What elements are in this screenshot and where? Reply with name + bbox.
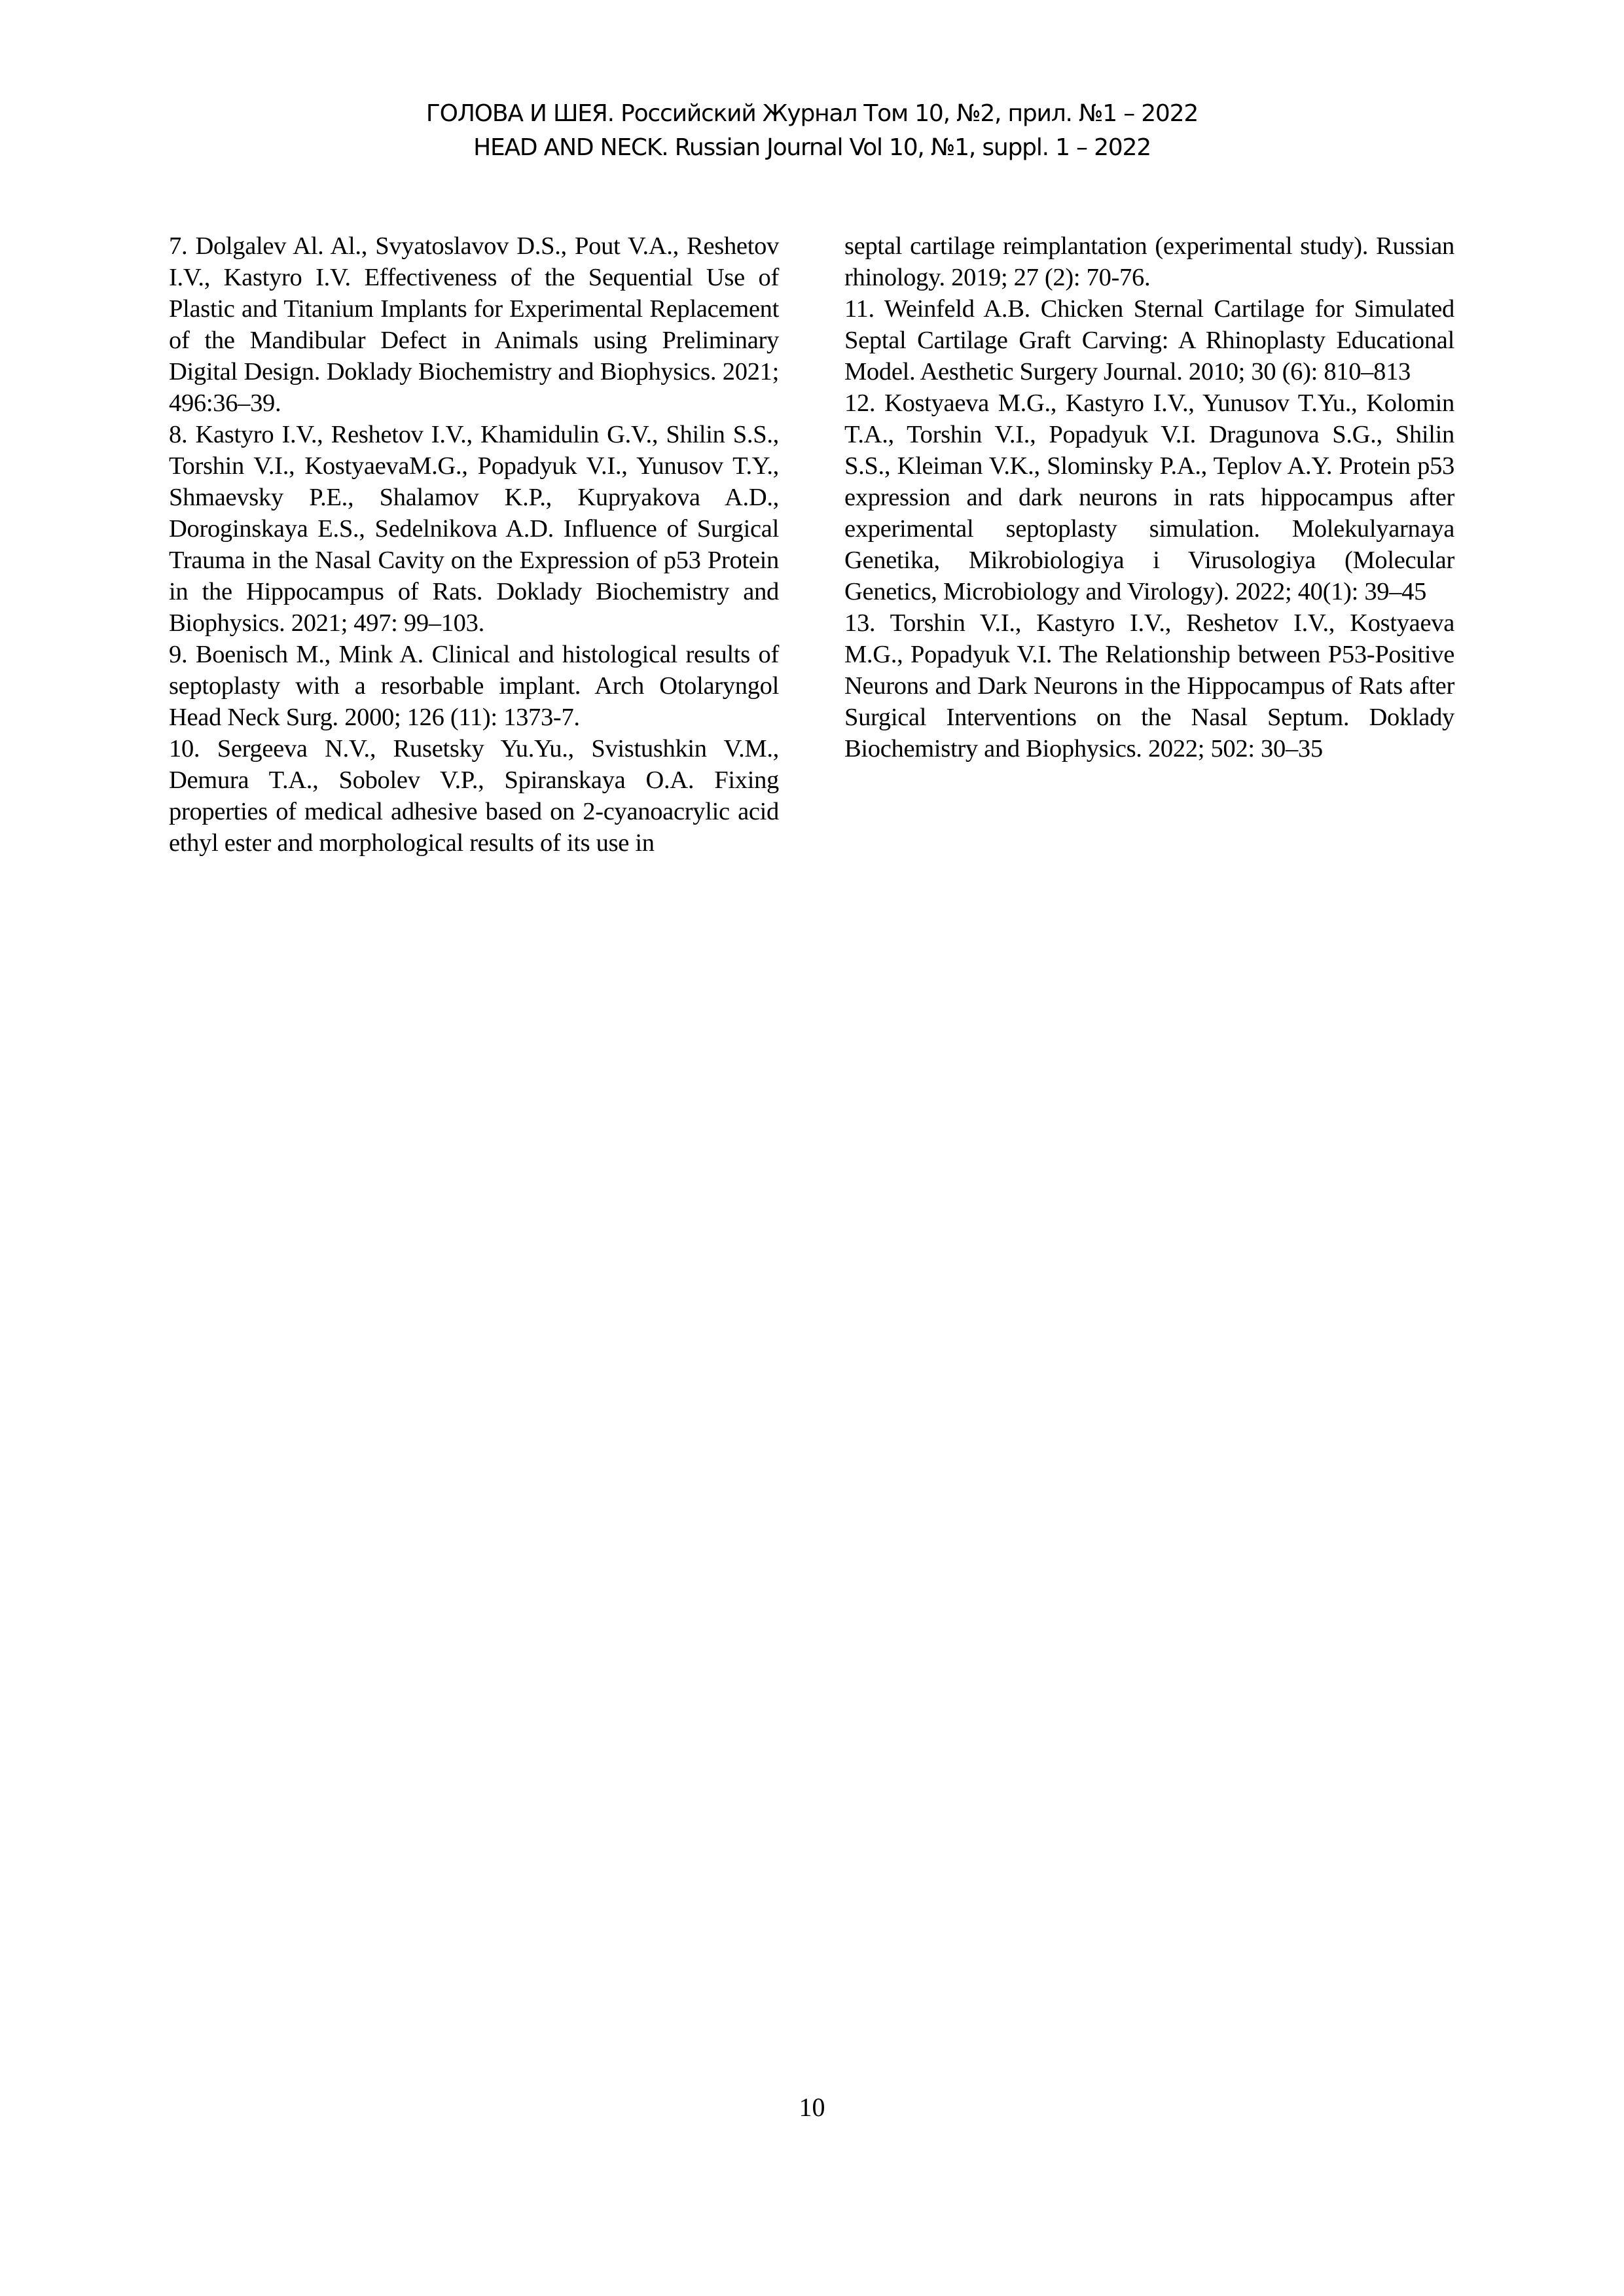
page-number: 10 (0, 2092, 1624, 2123)
reference-item-9: 9. Boenisch M., Mink A. Clinical and his… (169, 639, 779, 733)
reference-item-13: 13. Torshin V.I., Kastyro I.V., Reshetov… (844, 607, 1454, 764)
references-right-column: septal cartilage reimplantation (experim… (844, 230, 1454, 859)
reference-item-10: 10. Sergeeva N.V., Rusetsky Yu.Yu., Svis… (169, 733, 779, 859)
journal-title-english: HEAD AND NECK. Russian Journal Vol 10, №… (0, 131, 1624, 165)
running-header: ГОЛОВА И ШЕЯ. Российский Журнал Том 10, … (0, 97, 1624, 165)
reference-item-7: 7. Dolgalev Al. Al., Svyatoslavov D.S., … (169, 230, 779, 419)
reference-item-10-continued: septal cartilage reimplantation (experim… (844, 230, 1454, 293)
references-section: 7. Dolgalev Al. Al., Svyatoslavov D.S., … (169, 230, 1454, 859)
reference-item-11: 11. Weinfeld A.B. Chicken Sternal Cartil… (844, 293, 1454, 387)
reference-item-8: 8. Kastyro I.V., Reshetov I.V., Khamidul… (169, 419, 779, 639)
references-left-column: 7. Dolgalev Al. Al., Svyatoslavov D.S., … (169, 230, 779, 859)
journal-title-russian: ГОЛОВА И ШЕЯ. Российский Журнал Том 10, … (0, 97, 1624, 131)
reference-item-12: 12. Kostyaeva M.G., Kastyro I.V., Yunuso… (844, 387, 1454, 607)
